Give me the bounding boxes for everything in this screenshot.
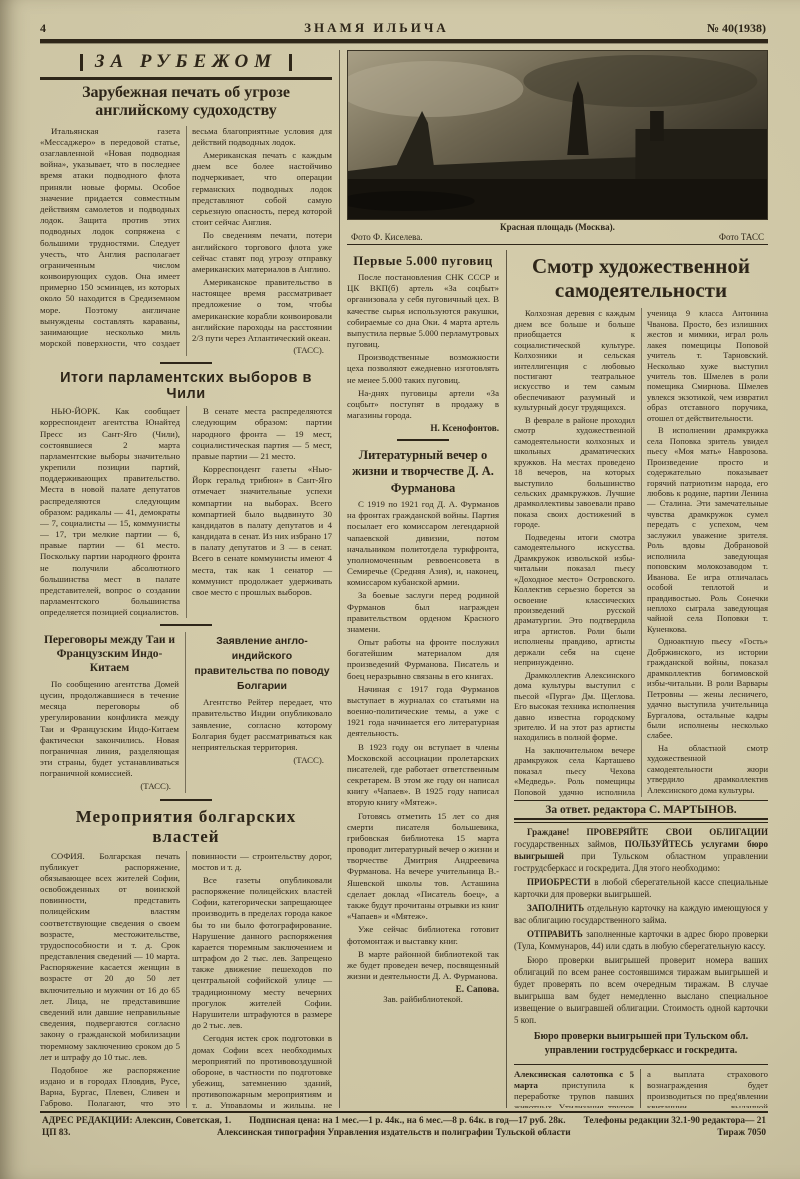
classified-ads: Алексинская салотопка с 5 марта приступи… bbox=[514, 1064, 768, 1108]
page-body: ЗА РУБЕЖОМ Зарубежная печать об угрозе а… bbox=[40, 50, 768, 1108]
notice-bold: Граждане! ПРОВЕРЯЙТЕ СВОИ ОБЛИГАЦИИ bbox=[527, 827, 768, 837]
subscription-price: Подписная цена: на 1 мес.—1 р. 44к., на … bbox=[249, 1116, 565, 1126]
notice-text: государственных займов, bbox=[514, 839, 625, 849]
paragraph: В 1923 году он вступает в члены Московск… bbox=[347, 742, 499, 809]
lower-columns: Первые 5.000 пуговиц После постановления… bbox=[347, 250, 768, 1108]
paragraph: Все газеты опубликовали распоряжение пол… bbox=[192, 875, 332, 1031]
article-paragraphs: НЬЮ-ЙОРК. Как сообщает корреспондент аге… bbox=[40, 406, 332, 618]
article-body: СОФИЯ. Болгарская печать публикует распо… bbox=[40, 851, 332, 1108]
article-paragraphs: С 1919 по 1921 год Д. А. Фурманов на фро… bbox=[347, 499, 499, 982]
article-title: Смотр художественной самодеятельности bbox=[514, 254, 768, 302]
page-footer: АДРЕС РЕДАКЦИИ: Алексин, Советская, 1. П… bbox=[40, 1111, 768, 1139]
notice-item-verb: ПРИОБРЕСТИ bbox=[527, 877, 590, 887]
paragraph: Уже сейчас библиотека готовит фотомонтаж… bbox=[347, 924, 499, 946]
paragraph: По сведениям печати, потери английского … bbox=[192, 230, 332, 275]
photo-area: Красная площадь (Москва). Фото Ф. Киселе… bbox=[347, 50, 768, 248]
paragraph: Производственные возможности цеха позвол… bbox=[347, 352, 499, 386]
article-title: Литературный вечер о жизни и творчестве … bbox=[347, 447, 499, 496]
paragraph: Драмколлектив Алексинского дома культуры… bbox=[514, 670, 635, 743]
paragraph: Готовясь отметить 15 лет со дня смерти п… bbox=[347, 811, 499, 923]
classified-ad-insurance: а выплата страхового вознаграждения буде… bbox=[641, 1069, 768, 1108]
page-header: 4 ЗНАМЯ ИЛЬИЧА № 40(1938) bbox=[40, 20, 768, 39]
notice-item: ПРИОБРЕСТИ в любой сберегательной кассе … bbox=[514, 877, 768, 901]
tass-signature: (ТАСС). bbox=[192, 345, 332, 356]
paragraph: На областной смотр художественной самоде… bbox=[647, 743, 768, 795]
notice-closing: Бюро проверки выигрышей при Тульском обл… bbox=[514, 1030, 768, 1059]
newspaper-page: 4 ЗНАМЯ ИЛЬИЧА № 40(1938) ЗА РУБЕЖОМ Зар… bbox=[0, 0, 800, 1179]
paragraph: Опыт работы на фронте послужил богатейши… bbox=[347, 637, 499, 682]
article-divider bbox=[160, 362, 212, 364]
header-rule bbox=[40, 39, 768, 43]
editorial-address: АДРЕС РЕДАКЦИИ: Алексин, Советская, 1. bbox=[42, 1116, 231, 1126]
notice-item: ЗАПОЛНИТЬ отдельную карточку на каждую и… bbox=[514, 903, 768, 927]
article-paragraphs: СОФИЯ. Болгарская печать публикует распо… bbox=[40, 851, 332, 1108]
page-number: 4 bbox=[40, 21, 46, 36]
article-divider bbox=[397, 439, 449, 441]
masthead-title: ЗНАМЯ ИЛЬИЧА bbox=[304, 20, 449, 36]
right-area: Красная площадь (Москва). Фото Ф. Киселе… bbox=[340, 50, 768, 1108]
caption-rule bbox=[347, 244, 768, 245]
paragraph: Американская печать с каждым днем все бо… bbox=[192, 150, 332, 228]
ad-text: а выплата страхового вознаграждения буде… bbox=[647, 1069, 768, 1108]
red-square-photo bbox=[347, 50, 768, 220]
article-paragraphs: Колхозная деревня с каждым днем все боль… bbox=[514, 308, 768, 797]
bonds-check-notice: Граждане! ПРОВЕРЯЙТЕ СВОИ ОБЛИГАЦИИ госу… bbox=[514, 827, 768, 1059]
article-foreign-press: Зарубежная печать об угрозе английскому … bbox=[40, 84, 332, 356]
photo-credits: Фото Ф. Киселева. Фото ТАСС bbox=[347, 232, 768, 242]
section-header-za-rubezhom: ЗА РУБЕЖОМ bbox=[40, 50, 332, 80]
article-divider bbox=[160, 624, 212, 626]
issue-number: № 40(1938) bbox=[707, 21, 766, 36]
editor-line: За ответ. редактора С. МАРТЫНОВ. bbox=[514, 801, 768, 818]
paragraph: С 1919 по 1921 год Д. А. Фурманов на фро… bbox=[347, 499, 499, 588]
left-column: ЗА РУБЕЖОМ Зарубежная печать об угрозе а… bbox=[40, 50, 340, 1108]
article-bulgaria-statement: Заявление англо-индийского правительства… bbox=[186, 632, 332, 792]
paragraph: Колхозная деревня с каждым днем все боль… bbox=[514, 308, 635, 413]
article-body: Итальянская газета «Мессаджеро» в передо… bbox=[40, 126, 332, 356]
paragraph: Корреспондент газеты «Нью-Йорк геральд т… bbox=[192, 464, 332, 598]
double-rule bbox=[514, 818, 768, 823]
article-paragraphs: После постановления СНК СССР и ЦК ВКП(б)… bbox=[347, 272, 499, 421]
paragraph: СОФИЯ. Болгарская печать публикует распо… bbox=[40, 851, 180, 1063]
circulation: Тираж 7050 bbox=[717, 1128, 766, 1138]
paragraph: Американское правительство в настоящее в… bbox=[192, 277, 332, 344]
article-paragraphs: По сообщению агентства Домей цусин, прод… bbox=[40, 679, 179, 780]
paragraph: В марте районной библиотекой так же буде… bbox=[347, 949, 499, 983]
article-byline: Н. Ксенофонтов. bbox=[347, 423, 499, 433]
paragraph: Начиная с 1917 года Фурманов выступает в… bbox=[347, 684, 499, 740]
paragraph: Подведены итоги смотра самодеятельного и… bbox=[514, 532, 635, 668]
article-byline-role: Зав. райбиблиотекой. bbox=[347, 994, 499, 1004]
article-paragraphs: Агентство Рейтер передает, что правитель… bbox=[192, 697, 332, 753]
notice-item: ОТПРАВИТЬ заполненные карточки в адрес б… bbox=[514, 929, 768, 953]
editorial-phones: Телефоны редакции 32.1-90 редактора— 21 bbox=[584, 1116, 766, 1126]
article-body: Агентство Рейтер передает, что правитель… bbox=[192, 697, 332, 766]
paragraph: По сообщению агентства Домей цусин, прод… bbox=[40, 679, 179, 780]
middle-column: Первые 5.000 пуговиц После постановления… bbox=[347, 250, 507, 1108]
article-title: Мероприятия болгарских властей bbox=[40, 807, 332, 847]
article-divider bbox=[160, 799, 212, 801]
article-bulgaria-measures: Мероприятия болгарских властей СОФИЯ. Бо… bbox=[40, 807, 332, 1108]
paragraph: Агентство Рейтер передает, что правитель… bbox=[192, 697, 332, 753]
article-body: НЬЮ-ЙОРК. Как сообщает корреспондент аге… bbox=[40, 406, 332, 618]
photo-credit-left: Фото Ф. Киселева. bbox=[351, 232, 422, 242]
article-title: Переговоры между Таи и Французским Индо-… bbox=[40, 634, 179, 675]
article-body: Колхозная деревня с каждым днем все боль… bbox=[514, 308, 768, 797]
paragraph: После постановления СНК СССР и ЦК ВКП(б)… bbox=[347, 272, 499, 350]
article-amateur-arts-review: Смотр художественной самодеятельности Ко… bbox=[514, 254, 768, 797]
article-title: Зарубежная печать об угрозе английскому … bbox=[40, 84, 332, 121]
article-first-buttons: Первые 5.000 пуговиц После постановления… bbox=[347, 253, 499, 433]
photo-credit-right: Фото ТАСС bbox=[719, 232, 764, 242]
article-body: С 1919 по 1921 год Д. А. Фурманов на фро… bbox=[347, 499, 499, 982]
footer-line-2: ЦП 83. Алексинская типография Управления… bbox=[40, 1127, 768, 1139]
printing-house: Алексинская типография Управления издате… bbox=[70, 1128, 717, 1138]
footer-line-1: АДРЕС РЕДАКЦИИ: Алексин, Советская, 1. П… bbox=[40, 1113, 768, 1127]
notice-item-verb: ЗАПОЛНИТЬ bbox=[527, 903, 584, 913]
right-column: Смотр художественной самодеятельности Ко… bbox=[507, 250, 768, 1108]
classified-ad-salotopka: Алексинская салотопка с 5 марта приступи… bbox=[514, 1069, 641, 1108]
paragraph: На-днях пуговицы артели «За соцбыт» пост… bbox=[347, 388, 499, 422]
notice-body: Бюро проверки выигрышей проверит номера … bbox=[514, 955, 768, 1027]
article-furmanov-evening: Литературный вечер о жизни и творчестве … bbox=[347, 447, 499, 1004]
paragraph: Сегодня истек срок подготовки в домах Со… bbox=[192, 1033, 332, 1108]
article-title: Первые 5.000 пуговиц bbox=[347, 253, 499, 269]
side-by-side-articles: Переговоры между Таи и Французским Индо-… bbox=[40, 632, 332, 792]
tass-signature: (ТАСС). bbox=[192, 755, 332, 766]
notice-item-verb: ОТПРАВИТЬ bbox=[527, 929, 583, 939]
tass-signature: (ТАСС). bbox=[40, 781, 179, 792]
article-byline: Е. Сапова. bbox=[347, 984, 499, 994]
paragraph: В сенате места распределяются следующим … bbox=[192, 406, 332, 462]
article-chile-elections: Итоги парламентских выборов в Чили НЬЮ-Й… bbox=[40, 370, 332, 618]
paragraph: В феврале в районе проходил смотр художе… bbox=[514, 415, 635, 530]
article-body: По сообщению агентства Домей цусин, прод… bbox=[40, 679, 179, 793]
article-title: Заявление англо-индийского правительства… bbox=[192, 634, 332, 693]
article-paragraphs: Итальянская газета «Мессаджеро» в передо… bbox=[40, 126, 332, 356]
article-body: После постановления СНК СССР и ЦК ВКП(б)… bbox=[347, 272, 499, 421]
article-title: Итоги парламентских выборов в Чили bbox=[40, 370, 332, 402]
paragraph: НЬЮ-ЙОРК. Как сообщает корреспондент аге… bbox=[40, 406, 180, 618]
article-thai-indochina: Переговоры между Таи и Французским Индо-… bbox=[40, 632, 186, 792]
print-code: ЦП 83. bbox=[42, 1128, 70, 1138]
paragraph: В исполнении драмкружка села Поповка зри… bbox=[647, 425, 768, 634]
photo-caption: Красная площадь (Москва). bbox=[347, 222, 768, 232]
paragraph: Одноактную пьесу «Гость» Добржинского, и… bbox=[647, 636, 768, 741]
paragraph: За боевые заслуги перед родиной Фурманов… bbox=[347, 590, 499, 635]
notice-intro: Граждане! ПРОВЕРЯЙТЕ СВОИ ОБЛИГАЦИИ госу… bbox=[514, 827, 768, 875]
